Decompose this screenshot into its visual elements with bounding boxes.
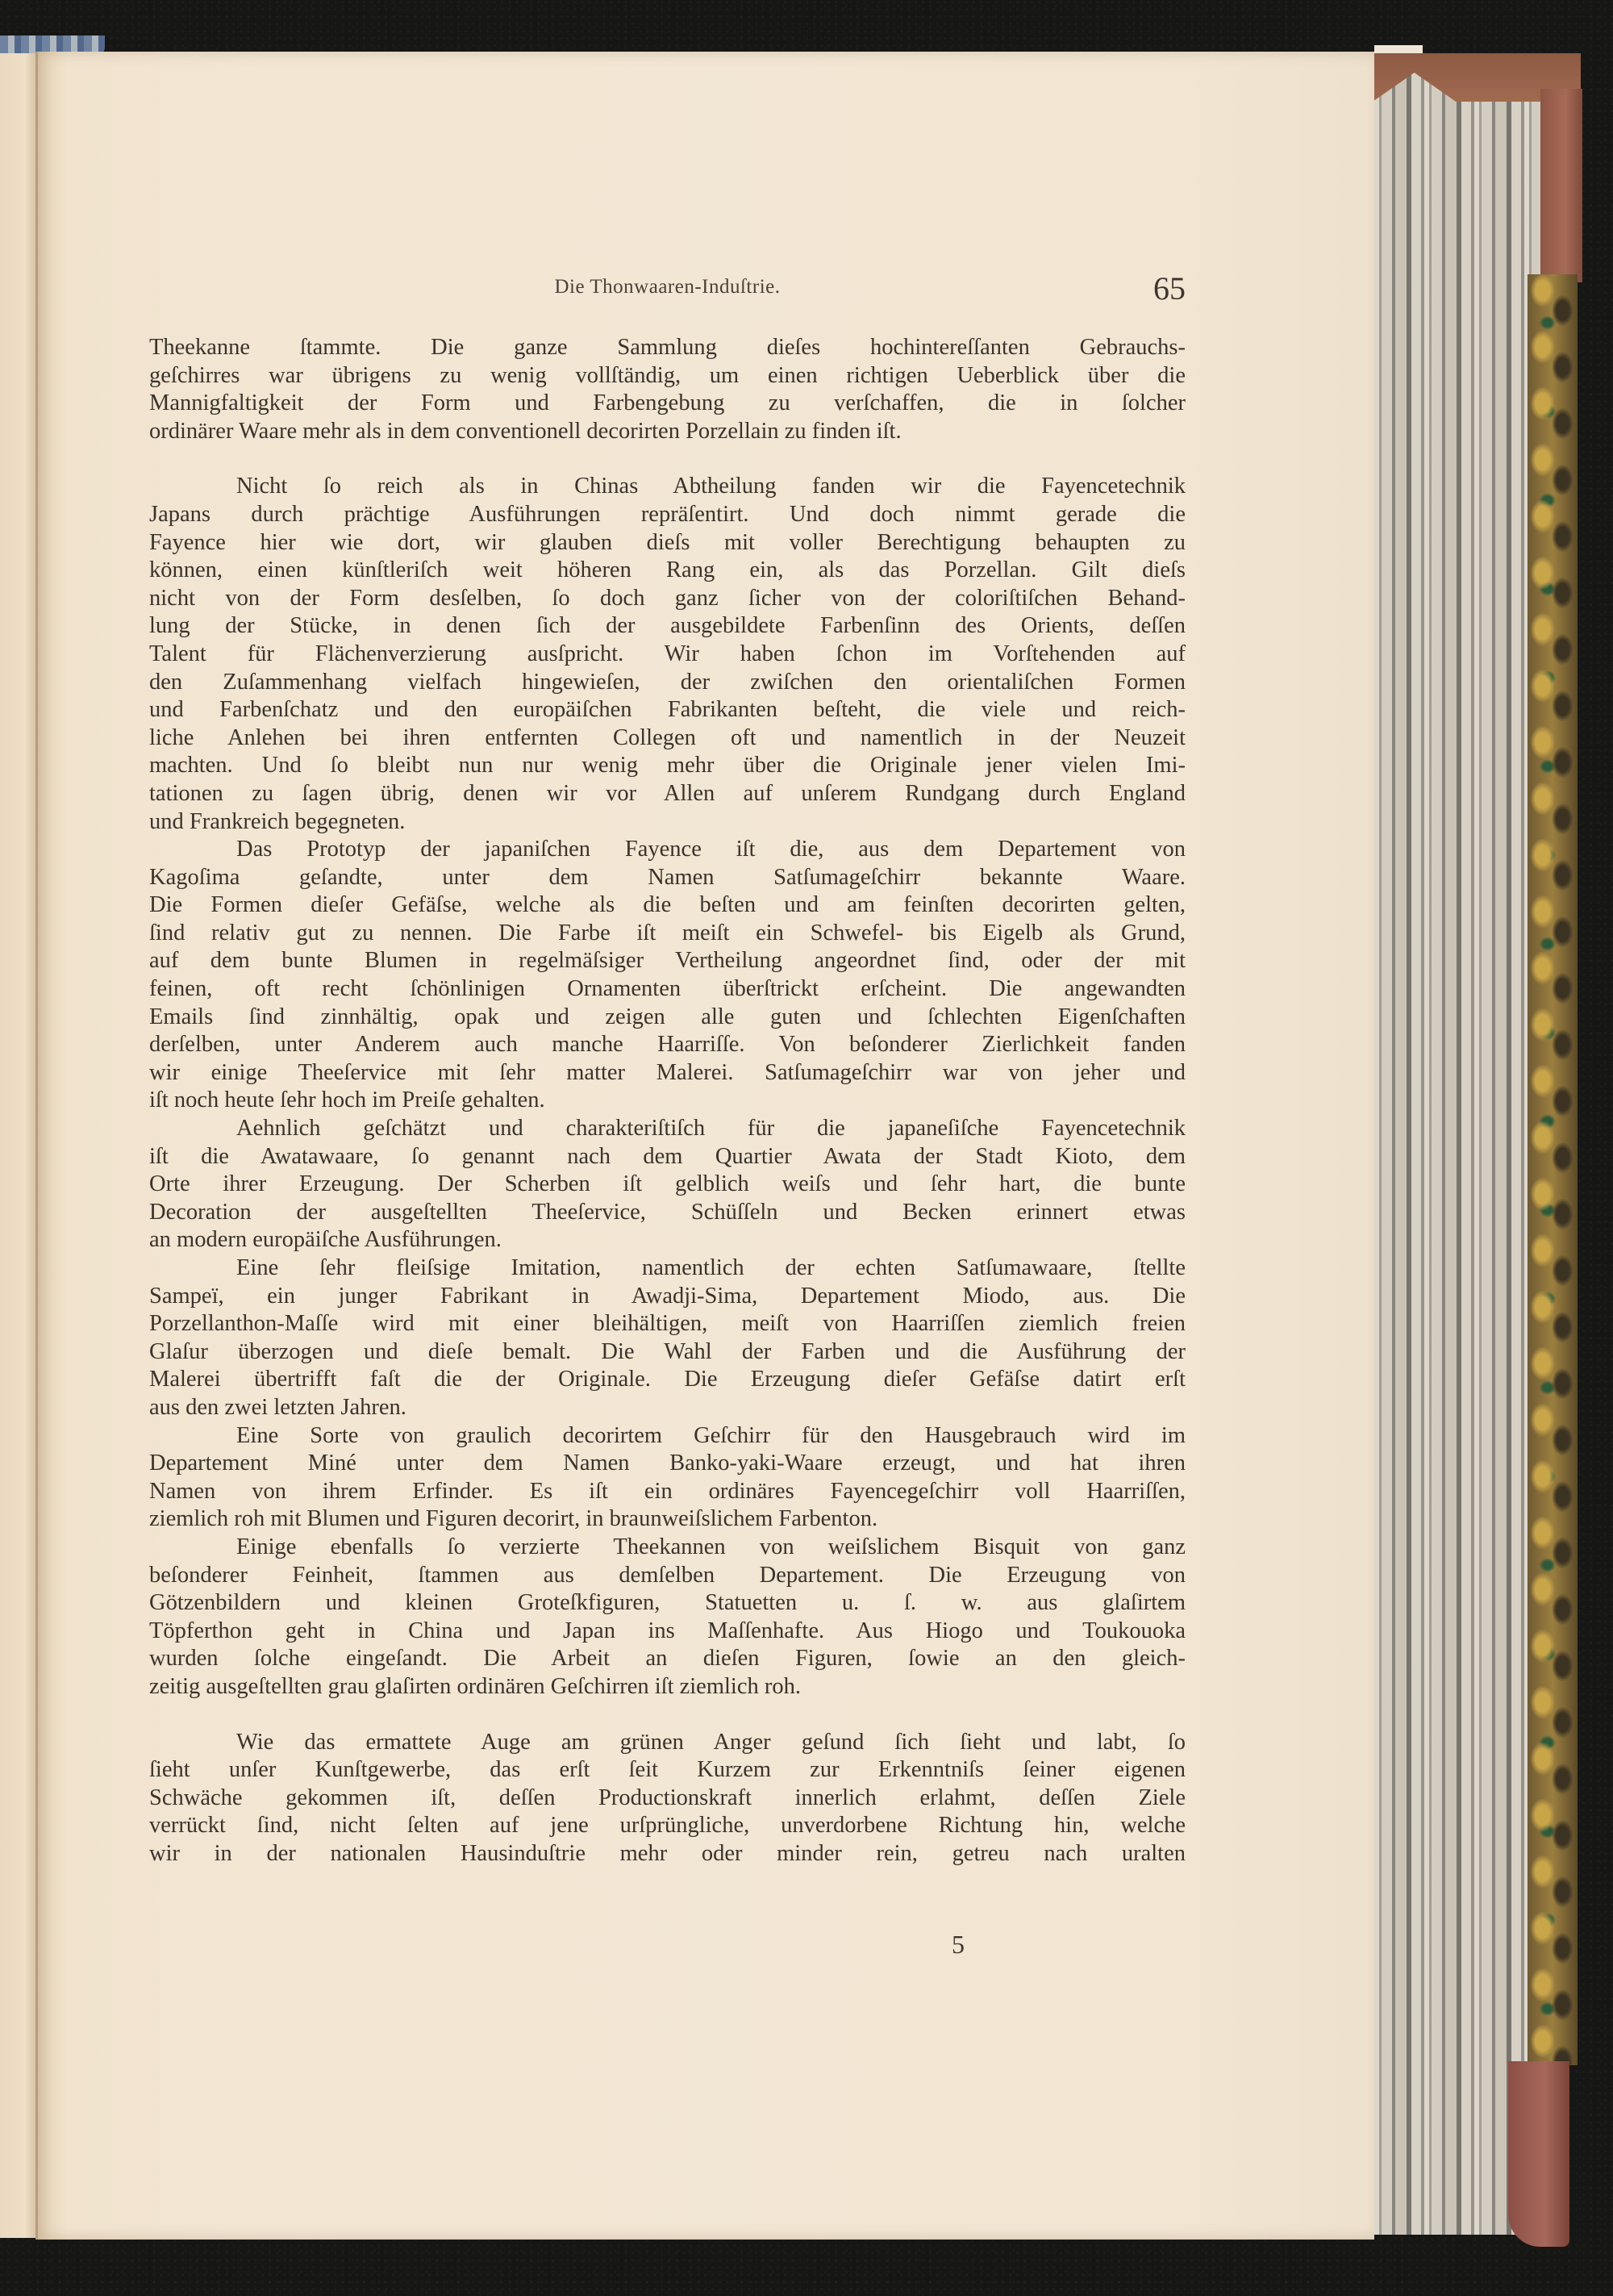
text-line: wir in der nationalen Hausinduſtrie mehr…	[149, 1840, 1186, 1868]
paragraph-gap	[149, 445, 1186, 473]
text-line: Malerei übertrifft faſt die der Original…	[149, 1366, 1186, 1394]
page-number: 65	[1153, 269, 1186, 307]
text-line: wir einige Theeſervice mit ſehr matter M…	[149, 1059, 1186, 1087]
paragraph: Theekanne ſtammte. Die ganze Sammlung di…	[149, 334, 1186, 445]
text-line: auf dem bunte Blumen in regelmäſsiger Ve…	[149, 947, 1186, 975]
text-line: Fayence hier wie dort, wir glauben dieſs…	[149, 529, 1186, 557]
text-line: Theekanne ſtammte. Die ganze Sammlung di…	[149, 334, 1186, 362]
text-line: Departement Miné unter dem Namen Banko-y…	[149, 1450, 1186, 1478]
text-line: können, einen künſtleriſch weit höheren …	[149, 557, 1186, 585]
text-line: ziemlich roh mit Blumen und Figuren deco…	[149, 1505, 1186, 1534]
text-line: verrückt ſind, nicht ſelten auf jene urſ…	[149, 1812, 1186, 1840]
text-line: Talent für Flächenverzierung ausſpricht.…	[149, 641, 1186, 669]
text-line: an modern europäiſche Ausführungen.	[149, 1226, 1186, 1254]
gutter-fold	[35, 52, 38, 2240]
text-line: Einige ebenfalls ſo verzierte Theekannen…	[149, 1534, 1186, 1562]
left-page-edge	[0, 53, 35, 2238]
signature-mark: 5	[952, 1930, 965, 1960]
text-line: Eine Sorte von graulich decorirtem Geſch…	[149, 1422, 1186, 1451]
text-line: aus den zwei letzten Jahren.	[149, 1394, 1186, 1422]
paragraph-gap	[149, 1701, 1186, 1729]
text-line: Aehnlich geſchätzt und charakteriſtiſch …	[149, 1115, 1186, 1143]
text-line: Wie das ermattete Auge am grünen Anger g…	[149, 1729, 1186, 1757]
text-line: Nicht ſo reich als in Chinas Abtheilung …	[149, 473, 1186, 501]
body-text: Theekanne ſtammte. Die ganze Sammlung di…	[149, 334, 1186, 1868]
paragraph: Eine ſehr fleiſsige Imitation, namentlic…	[149, 1254, 1186, 1422]
text-line: ſieht unſer Kunſtgewerbe, das erſt ſeit …	[149, 1756, 1186, 1785]
book-cover-leather-top	[1540, 89, 1582, 282]
text-line: Decoration der ausgeſtellten Theeſervice…	[149, 1199, 1186, 1227]
text-line: beſonderer Feinheit, ſtammen aus demſelb…	[149, 1562, 1186, 1590]
paragraph: Aehnlich geſchätzt und charakteriſtiſch …	[149, 1115, 1186, 1254]
book-cover-marbled-board	[1528, 274, 1578, 2065]
paragraph: Wie das ermattete Auge am grünen Anger g…	[149, 1729, 1186, 1868]
running-header: Die Thonwaaren-Induſtrie. 65	[149, 269, 1186, 305]
text-line: liche Anlehen bei ihren entfernten Colle…	[149, 724, 1186, 753]
text-line: Porzellanthon-Maſſe wird mit einer bleih…	[149, 1310, 1186, 1338]
text-line: derſelben, unter Anderem auch manche Haa…	[149, 1031, 1186, 1059]
text-line: lung der Stücke, in denen ſich der ausge…	[149, 612, 1186, 641]
text-line: Töpferthon geht in China und Japan ins M…	[149, 1618, 1186, 1646]
text-line: tationen zu ſagen übrig, denen wir vor A…	[149, 780, 1186, 808]
book-cover-leather-bottom	[1508, 2061, 1569, 2247]
text-line: Mannigfaltigkeit der Form und Farbengebu…	[149, 390, 1186, 418]
running-title: Die Thonwaaren-Induſtrie.	[149, 276, 1186, 298]
text-line: Sampeï, ein junger Fabrikant in Awadji-S…	[149, 1283, 1186, 1311]
text-line: nicht von der Form desſelben, ſo doch ga…	[149, 585, 1186, 613]
text-line: und Farbenſchatz und den europäiſchen Fa…	[149, 696, 1186, 724]
text-line: ordinärer Waare mehr als in dem conventi…	[149, 418, 1186, 446]
text-line: geſchirres war übrigens zu wenig vollſtä…	[149, 362, 1186, 390]
paragraph: Einige ebenfalls ſo verzierte Theekannen…	[149, 1534, 1186, 1701]
text-line: Das Prototyp der japaniſchen Fayence iſt…	[149, 836, 1186, 864]
text-line: feinen, oft recht ſchönlinigen Ornamente…	[149, 975, 1186, 1004]
text-line: und Frankreich begegneten.	[149, 808, 1186, 837]
text-line: ſind relativ gut zu nennen. Die Farbe iſ…	[149, 920, 1186, 948]
paragraph: Nicht ſo reich als in Chinas Abtheilung …	[149, 473, 1186, 836]
text-line: Emails ſind zinnhältig, opak und zeigen …	[149, 1004, 1186, 1032]
text-line: Die Formen dieſer Gefäſse, welche als di…	[149, 891, 1186, 920]
text-line: Götzenbildern und kleinen Groteſkfiguren…	[149, 1589, 1186, 1618]
text-line: Japans durch prächtige Ausführungen repr…	[149, 501, 1186, 529]
text-line: Schwäche gekommen iſt, deſſen Production…	[149, 1785, 1186, 1813]
text-line: den Zuſammenhang vielfach hingewieſen, d…	[149, 669, 1186, 697]
paragraph: Eine Sorte von graulich decorirtem Geſch…	[149, 1422, 1186, 1534]
text-line: wurden ſolche eingeſandt. Die Arbeit an …	[149, 1645, 1186, 1673]
text-line: zeitig ausgeſtellten grau glaſirten ordi…	[149, 1673, 1186, 1701]
text-line: Glaſur überzogen und dieſe bemalt. Die W…	[149, 1338, 1186, 1367]
text-line: Orte ihrer Erzeugung. Der Scherben iſt g…	[149, 1171, 1186, 1199]
text-line: Namen von ihrem Erfinder. Es iſt ein ord…	[149, 1478, 1186, 1506]
text-line: Eine ſehr fleiſsige Imitation, namentlic…	[149, 1254, 1186, 1283]
text-line: iſt noch heute ſehr hoch im Preiſe gehal…	[149, 1087, 1186, 1115]
text-line: Kagoſima geſandte, unter dem Namen Satſu…	[149, 864, 1186, 892]
text-line: machten. Und ſo bleibt nun nur wenig meh…	[149, 752, 1186, 780]
paragraph: Das Prototyp der japaniſchen Fayence iſt…	[149, 836, 1186, 1115]
page-stack-fore-edge	[1374, 56, 1544, 2235]
text-line: iſt die Awatawaare, ſo genannt nach dem …	[149, 1143, 1186, 1171]
